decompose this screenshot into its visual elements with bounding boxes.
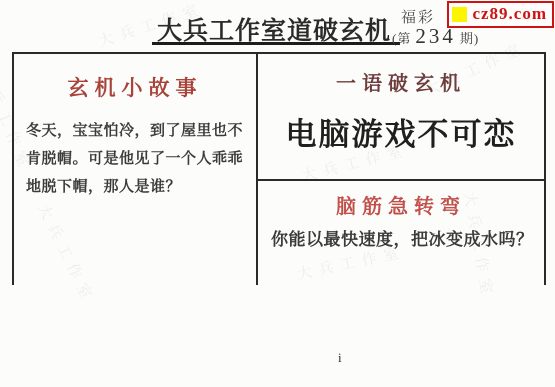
riddle-panel: 脑筋急转弯 你能以最快速度，把冰变成水吗？ bbox=[258, 181, 544, 285]
site-logo-link[interactable]: cz89.com bbox=[447, 1, 554, 28]
issue-prefix: (第 bbox=[392, 28, 411, 47]
scan-page: 大兵工作室 大兵工作室 大兵工作室 大兵工作室 大兵工作室 大兵工作室 大兵工作… bbox=[0, 0, 555, 387]
story-text: 冬天，宝宝怕冷，到了屋里也不肯脱帽。可是他见了一个人乖乖地脱下帽，那人是谁？ bbox=[26, 117, 245, 201]
site-logo-text: cz89.com bbox=[472, 4, 547, 24]
riddle-heading: 脑筋急转弯 bbox=[258, 190, 544, 219]
phrase-heading: 一语破玄机 bbox=[258, 67, 544, 96]
title-underline bbox=[152, 42, 400, 45]
story-heading: 玄机小故事 bbox=[14, 72, 256, 102]
footer-mark: i bbox=[338, 350, 342, 366]
issue-suffix: 期) bbox=[460, 28, 479, 47]
mystery-story-panel: 玄机小故事 冬天，宝宝怕冷，到了屋里也不肯脱帽。可是他见了一个人乖乖地脱下帽，那… bbox=[14, 54, 258, 285]
riddle-text: 你能以最快速度，把冰变成水吗？ bbox=[271, 226, 534, 253]
mystery-phrase: 电脑游戏不可恋 bbox=[258, 109, 544, 154]
content-grid: 玄机小故事 冬天，宝宝怕冷，到了屋里也不肯脱帽。可是他见了一个人乖乖地脱下帽，那… bbox=[12, 52, 546, 285]
logo-yellow-square-icon bbox=[452, 7, 467, 22]
phrase-panel: 一语破玄机 电脑游戏不可恋 bbox=[258, 54, 544, 181]
right-column: 一语破玄机 电脑游戏不可恋 脑筋急转弯 你能以最快速度，把冰变成水吗？ bbox=[258, 54, 544, 285]
